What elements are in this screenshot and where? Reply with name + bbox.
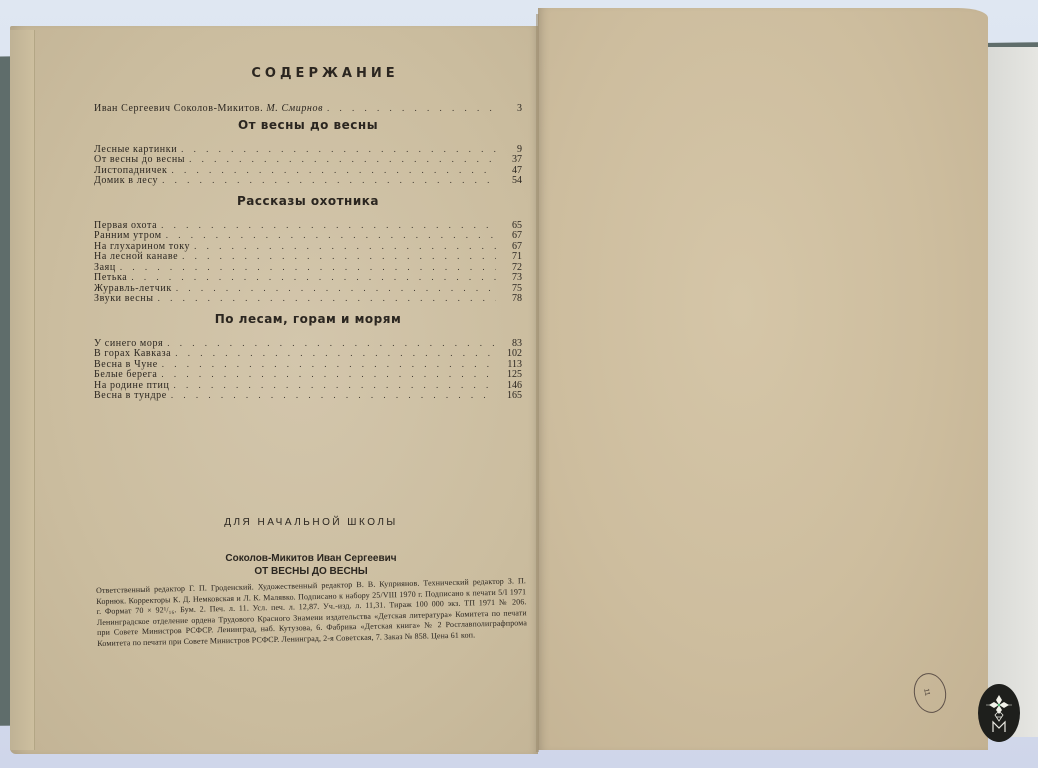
section-group: У синего моря. . . . . . . . . . . . . .… [94, 338, 522, 401]
section-heading: Рассказы охотника [94, 194, 522, 208]
toc-entry: Листопадничек. . . . . . . . . . . . . .… [94, 165, 522, 176]
toc-entry-label: Иван Сергеевич Соколов-Микитов. М. Смирн… [94, 104, 323, 115]
toc-intro-entry: Иван Сергеевич Соколов-Микитов. М. Смирн… [94, 103, 522, 114]
toc-title: СОДЕРЖАНИЕ [128, 66, 522, 81]
book-gutter [536, 14, 539, 752]
section-group: Первая охота. . . . . . . . . . . . . . … [94, 220, 522, 304]
toc-entry: Весна в Чуне. . . . . . . . . . . . . . … [94, 359, 522, 370]
section-heading: От весны до весны [94, 118, 522, 132]
imprint-author: Соколов-Микитов Иван Сергеевич [96, 552, 526, 565]
left-page-edges [10, 30, 35, 750]
toc-entry: Белые берега. . . . . . . . . . . . . . … [94, 369, 522, 380]
imprint-credits: Ответственный редактор Г. П. Гроденский.… [96, 576, 527, 649]
watermark-logo-icon [978, 684, 1020, 742]
leader-dots: . . . . . . . . . . . . . . . . . . . . … [327, 103, 496, 114]
flower-monogram-icon [984, 691, 1014, 735]
toc-entry: Журавль-летчик. . . . . . . . . . . . . … [94, 283, 522, 294]
toc-entry: Лесные картинки. . . . . . . . . . . . .… [94, 144, 522, 155]
right-page-blank [538, 8, 988, 750]
toc-entry: Весна в тундре. . . . . . . . . . . . . … [94, 390, 522, 401]
imprint-block: ДЛЯ НАЧАЛЬНОЙ ШКОЛЫ Соколов-Микитов Иван… [96, 517, 526, 649]
toc-entry: Ранним утром. . . . . . . . . . . . . . … [94, 230, 522, 241]
toc-entry: На родине птиц. . . . . . . . . . . . . … [94, 380, 522, 391]
toc-entry: На лесной канаве. . . . . . . . . . . . … [94, 251, 522, 262]
toc-entry: Первая охота. . . . . . . . . . . . . . … [94, 220, 522, 231]
toc-entry: В горах Кавказа. . . . . . . . . . . . .… [94, 348, 522, 359]
series-label: ДЛЯ НАЧАЛЬНОЙ ШКОЛЫ [96, 517, 526, 528]
section-heading: По лесам, горам и морям [94, 312, 522, 326]
toc-entry: Заяц. . . . . . . . . . . . . . . . . . … [94, 262, 522, 273]
table-of-contents: СОДЕРЖАНИЕ Иван Сергеевич Соколов-Микито… [94, 60, 522, 409]
endpaper-right [985, 47, 1038, 737]
section-group: Лесные картинки. . . . . . . . . . . . .… [94, 144, 522, 186]
imprint-book-title: ОТ ВЕСНЫ ДО ВЕСНЫ [96, 565, 526, 578]
toc-entry: Звуки весны. . . . . . . . . . . . . . .… [94, 293, 522, 304]
toc-entry: У синего моря. . . . . . . . . . . . . .… [94, 338, 522, 349]
stamp-mark: 11 [922, 688, 930, 697]
toc-entry-page: 3 [500, 104, 522, 115]
toc-entry: На глухарином току. . . . . . . . . . . … [94, 241, 522, 252]
toc-entry: От весны до весны. . . . . . . . . . . .… [94, 154, 522, 165]
toc-entry: Петька. . . . . . . . . . . . . . . . . … [94, 272, 522, 283]
toc-entry: Домик в лесу. . . . . . . . . . . . . . … [94, 175, 522, 186]
